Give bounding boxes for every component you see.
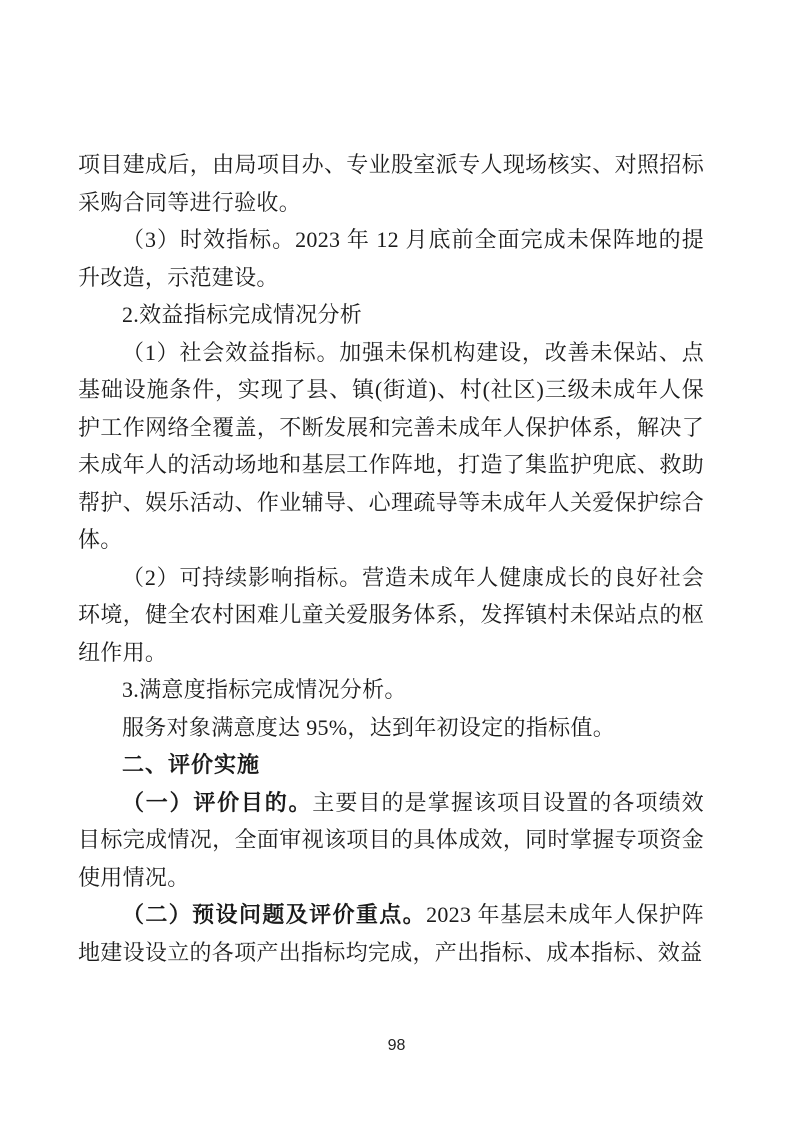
paragraph: （1）社会效益指标。加强未保机构建设，改善未保站、点基础设施条件，实现了县、镇(… [78,334,704,559]
paragraph: （3）时效指标。2023 年 12 月底前全面完成未保阵地的提升改造，示范建设。 [78,221,704,296]
bold-text-run: （二）预设问题及评价重点。 [122,902,426,927]
paragraph: 服务对象满意度达 95%，达到年初设定的指标值。 [78,709,704,747]
text-run: 3.满意度指标完成情况分析。 [122,677,407,702]
bold-text-run: 二、评价实施 [122,752,260,777]
text-run: （2）可持续影响指标。营造未成年人健康成长的良好社会环境，健全农村困难儿童关爱服… [78,565,704,665]
document-page: 项目建成后，由局项目办、专业股室派专人现场核实、对照招标采购合同等进行验收。（3… [0,0,793,1122]
text-run: （1）社会效益指标。加强未保机构建设，改善未保站、点基础设施条件，实现了县、镇(… [78,340,704,553]
paragraph: 2.效益指标完成情况分析 [78,296,704,334]
paragraph: （二）预设问题及评价重点。2023 年基层未成年人保护阵地建设设立的各项产出指标… [78,896,704,971]
bold-text-run: （一）评价目的。 [122,790,312,815]
section-heading: 二、评价实施 [78,746,704,784]
text-run: （3）时效指标。2023 年 12 月底前全面完成未保阵地的提升改造，示范建设。 [78,227,704,290]
text-run: 2.效益指标完成情况分析 [122,302,362,327]
paragraph: （2）可持续影响指标。营造未成年人健康成长的良好社会环境，健全农村困难儿童关爱服… [78,559,704,672]
paragraph: （一）评价目的。主要目的是掌握该项目设置的各项绩效目标完成情况，全面审视该项目的… [78,784,704,897]
paragraph: 3.满意度指标完成情况分析。 [78,671,704,709]
paragraph: 项目建成后，由局项目办、专业股室派专人现场核实、对照招标采购合同等进行验收。 [78,146,704,221]
text-run: 项目建成后，由局项目办、专业股室派专人现场核实、对照招标采购合同等进行验收。 [78,152,704,215]
page-number: 98 [0,1036,793,1056]
text-run: 服务对象满意度达 95%，达到年初设定的指标值。 [122,715,615,740]
document-body: 项目建成后，由局项目办、专业股室派专人现场核实、对照招标采购合同等进行验收。（3… [78,146,704,971]
